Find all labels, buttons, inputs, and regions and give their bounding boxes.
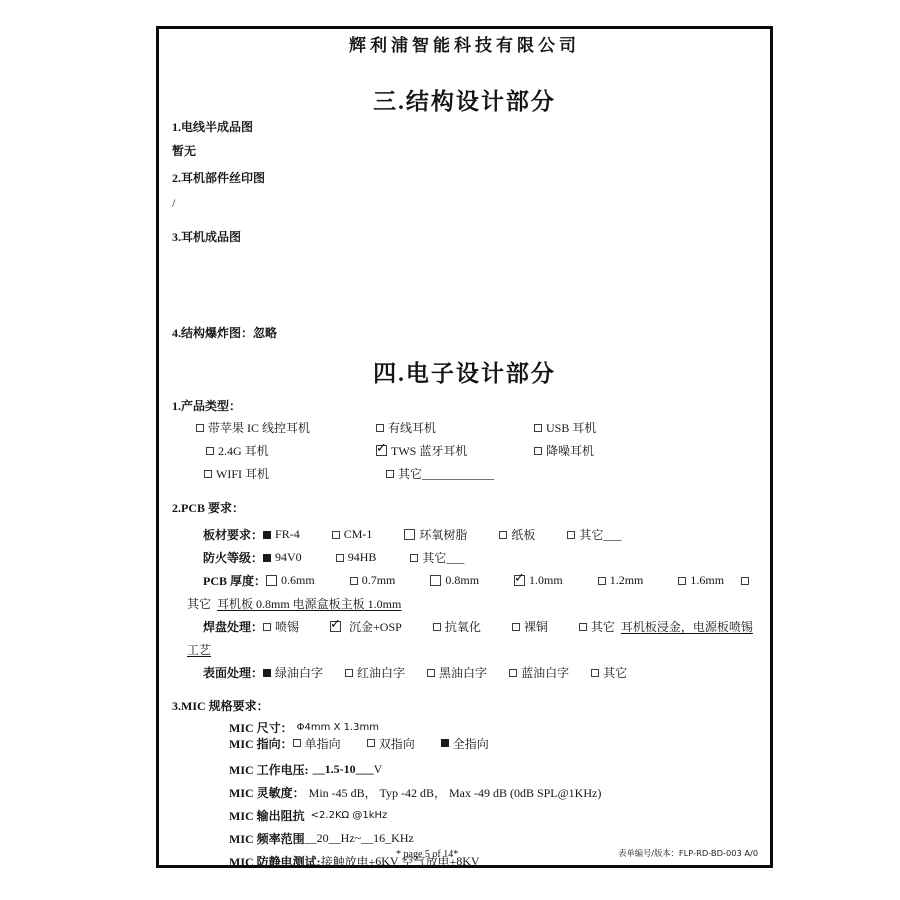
checkbox-label: 94V0 xyxy=(275,550,302,565)
pcb-pad-option: 沉金+OSP xyxy=(330,618,402,635)
checkbox-label: 蓝油白字 xyxy=(521,664,569,681)
checkbox-icon xyxy=(410,554,418,562)
pcb-thickness-option: 1.0mm xyxy=(514,573,563,588)
pcb-thickness-option: 1.6mm xyxy=(678,573,724,588)
pcb-surface-option: 其它 xyxy=(591,664,627,681)
checkbox-icon xyxy=(598,577,606,585)
mic-voltage-line: MIC 工作电压: __1.5-10___ V xyxy=(229,758,757,781)
pcb-board-option: FR-4 xyxy=(263,527,300,542)
checkbox-label: USB 耳机 xyxy=(546,419,596,436)
checkbox-label: 红油白字 xyxy=(357,664,405,681)
mic-direction-option: 双指向 xyxy=(367,735,415,752)
checkbox-icon xyxy=(263,554,271,562)
checkbox-icon xyxy=(376,445,387,456)
mic-size-value: Φ4mm X 1.3mm xyxy=(297,722,379,733)
checkbox-icon xyxy=(263,623,271,631)
mic-sensitivity-line: MIC 灵敏度： Min -45 dB， Typ -42 dB， Max -49… xyxy=(229,781,757,804)
product-type-row: 带苹果 IC 线控耳机 有线耳机 USB 耳机 xyxy=(196,416,757,439)
pcb-surface-option: 绿油白字 xyxy=(263,664,323,681)
mic-esd-air-value: 8KV xyxy=(456,854,479,868)
mic-label: 3.MIC 规格要求： xyxy=(172,698,757,714)
checkbox-icon xyxy=(433,623,441,631)
pcb-thickness-line: PCB 厚度： 0.6mm 0.7mm 0.8mm 1.0mm 1.2mm 1.… xyxy=(203,569,757,592)
pcb-thickness-option: 0.7mm xyxy=(350,573,396,588)
checkbox-icon xyxy=(263,669,271,677)
mic-size-line: MIC 尺寸： Φ4mm X 1.3mm xyxy=(229,719,757,735)
pcb-board-option: 环氧树脂 xyxy=(404,526,467,543)
checkbox-label: 其它___ xyxy=(579,526,621,543)
checkbox-icon xyxy=(386,470,394,478)
form-number: 表单编号/版本：FLP-RD-BD-003 A/0 xyxy=(618,847,758,859)
checkbox-icon xyxy=(350,577,358,585)
checkbox-label: 纸板 xyxy=(511,526,535,543)
pcb-pad-option: 喷锡 xyxy=(263,618,299,635)
pcb-board-option: 其它___ xyxy=(567,526,621,543)
checkbox-icon xyxy=(534,447,542,455)
checkbox-label: 1.0mm xyxy=(529,573,563,588)
pcb-thickness-option: 0.6mm xyxy=(266,573,315,588)
product-option: 有线耳机 xyxy=(376,419,534,436)
checkbox-label: 1.2mm xyxy=(610,573,644,588)
checkbox-icon xyxy=(330,621,341,632)
mic-direction-option: 全指向 xyxy=(441,735,489,752)
section3-heading: 三.结构设计部分 xyxy=(172,87,757,117)
checkbox-label: 单指向 xyxy=(305,735,341,752)
checkbox-icon xyxy=(441,739,449,747)
product-type-row: WIFI 耳机 其它____________ xyxy=(196,462,757,485)
pcb-fire-label: 防火等级： xyxy=(203,549,263,566)
section3-item4-label: 4.结构爆炸图：忽略 xyxy=(172,325,757,341)
checkbox-label: 带苹果 IC 线控耳机 xyxy=(208,419,310,436)
checkbox-label: 2.4G 耳机 xyxy=(218,442,269,459)
mic-voltage-label: MIC 工作电压: xyxy=(229,761,309,778)
mic-size-label: MIC 尺寸： xyxy=(229,719,293,736)
mic-voltage-unit: V xyxy=(374,762,383,777)
checkbox-icon xyxy=(678,577,686,585)
product-option: USB 耳机 xyxy=(534,419,757,436)
checkbox-icon xyxy=(427,669,435,677)
pcb-surface-line: 表面处理： 绿油白字 红油白字 黑油白字 蓝油白字 其它 xyxy=(203,661,757,684)
pcb-thickness-label: PCB 厚度： xyxy=(203,572,266,589)
pcb-label: 2.PCB 要求： xyxy=(172,500,757,516)
checkbox-icon xyxy=(512,623,520,631)
checkbox-icon xyxy=(514,575,525,586)
checkbox-icon xyxy=(266,575,277,586)
checkbox-label: 降噪耳机 xyxy=(546,442,594,459)
mic-esd-prefix: 接触放电± xyxy=(321,853,376,868)
pcb-surface-option: 蓝油白字 xyxy=(509,664,569,681)
checkbox-label: 0.7mm xyxy=(362,573,396,588)
pcb-thickness-option: 1.2mm xyxy=(598,573,644,588)
checkbox-label: 抗氧化 xyxy=(445,618,481,635)
pcb-fire-option: 其它___ xyxy=(410,549,464,566)
pcb-pad-other-value: 耳机板浸金，电源板喷锡 xyxy=(621,618,753,635)
product-option: 带苹果 IC 线控耳机 xyxy=(196,419,376,436)
checkbox-icon xyxy=(591,669,599,677)
checkbox-label: 0.8mm xyxy=(445,573,479,588)
pcb-pad-option: 其它 xyxy=(579,618,615,635)
checkbox-icon xyxy=(204,470,212,478)
pcb-board-line: 板材要求： FR-4 CM-1 环氧树脂 纸板 其它___ xyxy=(203,523,757,546)
checkbox-label: 全指向 xyxy=(453,735,489,752)
pcb-surface-option: 黑油白字 xyxy=(427,664,487,681)
mic-sensitivity-value: Min -45 dB， Typ -42 dB， Max -49 dB (0dB … xyxy=(309,784,602,801)
mic-voltage-value: __1.5-10___ xyxy=(313,762,374,777)
section3-item1-label: 1.电线半成品图 xyxy=(172,119,757,135)
pcb-thickness-option xyxy=(741,577,753,585)
checkbox-icon xyxy=(534,424,542,432)
product-type-label: 1.产品类型： xyxy=(172,398,757,414)
checkbox-label: 其它____________ xyxy=(398,465,494,482)
company-title: 辉利浦智能科技有限公司 xyxy=(172,35,757,57)
checkbox-icon xyxy=(567,531,575,539)
pcb-pad-label: 焊盘处理： xyxy=(203,618,263,635)
product-option: TWS 蓝牙耳机 xyxy=(376,442,534,459)
pcb-fire-option: 94V0 xyxy=(263,550,302,565)
section3-item2-value: / xyxy=(172,195,757,211)
pcb-fire-option: 94HB xyxy=(336,550,377,565)
checkbox-icon xyxy=(741,577,749,585)
pcb-board-option: CM-1 xyxy=(332,527,373,542)
mic-impedance-label: MIC 输出阻抗 xyxy=(229,807,305,824)
other-prefix: 其它 xyxy=(187,595,211,612)
mic-frequency-value: __20__Hz~__16_KHz xyxy=(305,831,414,846)
product-option: WIFI 耳机 xyxy=(196,465,376,482)
checkbox-icon xyxy=(345,669,353,677)
section3-item1-value: 暂无 xyxy=(172,143,757,159)
section4-heading: 四.电子设计部分 xyxy=(172,359,757,389)
checkbox-label: 1.6mm xyxy=(690,573,724,588)
section3-item2-label: 2.耳机部件丝印图 xyxy=(172,170,757,186)
mic-frequency-label: MIC 频率范围 xyxy=(229,830,305,847)
pcb-pad-line: 焊盘处理： 喷锡 沉金+OSP 抗氧化 裸铜 其它 耳机板浸金，电源板喷锡 xyxy=(203,615,757,638)
checkbox-icon xyxy=(206,447,214,455)
pcb-pad-option: 抗氧化 xyxy=(433,618,481,635)
pcb-fire-line: 防火等级： 94V0 94HB 其它___ xyxy=(203,546,757,569)
checkbox-label: 有线耳机 xyxy=(388,419,436,436)
checkbox-label: 双指向 xyxy=(379,735,415,752)
checkbox-label: 94HB xyxy=(348,550,377,565)
checkbox-icon xyxy=(509,669,517,677)
checkbox-label: 黑油白字 xyxy=(439,664,487,681)
mic-impedance-value: <2.2KΩ @1kHz xyxy=(311,810,388,821)
checkbox-label: 其它 xyxy=(591,618,615,635)
pcb-thickness-option: 0.8mm xyxy=(430,573,479,588)
checkbox-icon xyxy=(336,554,344,562)
checkbox-label: FR-4 xyxy=(275,527,300,542)
checkbox-icon xyxy=(367,739,375,747)
checkbox-label: 沉金+OSP xyxy=(349,618,402,635)
pcb-pad-option: 裸铜 xyxy=(512,618,548,635)
checkbox-label: 环氧树脂 xyxy=(419,526,467,543)
pcb-pad-other-wrap: 工艺 xyxy=(187,641,211,658)
pcb-thickness-other-line: 其它 耳机板 0.8mm 电源盒板主板 1.0mm xyxy=(187,592,757,615)
pcb-thickness-other-value: 耳机板 0.8mm 电源盒板主板 1.0mm xyxy=(217,595,401,612)
pcb-board-option: 纸板 xyxy=(499,526,535,543)
checkbox-label: 喷锡 xyxy=(275,618,299,635)
product-option: 2.4G 耳机 xyxy=(196,442,376,459)
mic-direction-label: MIC 指向： xyxy=(229,735,293,752)
checkbox-icon xyxy=(404,529,415,540)
checkbox-label: WIFI 耳机 xyxy=(216,465,269,482)
product-option: 降噪耳机 xyxy=(534,442,757,459)
form-sheet: 辉利浦智能科技有限公司 三.结构设计部分 1.电线半成品图 暂无 2.耳机部件丝… xyxy=(156,26,773,868)
page-number: * page 5 of 14* xyxy=(396,849,458,860)
checkbox-label: 其它 xyxy=(603,664,627,681)
checkbox-icon xyxy=(376,424,384,432)
checkbox-label: 其它___ xyxy=(422,549,464,566)
product-option: 其它____________ xyxy=(376,465,534,482)
mic-direction-line: MIC 指向： 单指向 双指向 全指向 xyxy=(229,735,757,751)
checkbox-icon xyxy=(332,531,340,539)
pcb-pad-wrap-line: 工艺 xyxy=(187,638,757,661)
pcb-board-label: 板材要求： xyxy=(203,526,263,543)
pcb-surface-label: 表面处理： xyxy=(203,664,263,681)
checkbox-label: CM-1 xyxy=(344,527,373,542)
checkbox-label: 绿油白字 xyxy=(275,664,323,681)
product-type-row: 2.4G 耳机 TWS 蓝牙耳机 降噪耳机 xyxy=(196,439,757,462)
checkbox-icon xyxy=(430,575,441,586)
checkbox-label: TWS 蓝牙耳机 xyxy=(391,442,467,459)
mic-impedance-line: MIC 输出阻抗 <2.2KΩ @1kHz xyxy=(229,804,757,827)
mic-direction-option: 单指向 xyxy=(293,735,341,752)
checkbox-label: 0.6mm xyxy=(281,573,315,588)
checkbox-icon xyxy=(293,739,301,747)
checkbox-label: 裸铜 xyxy=(524,618,548,635)
checkbox-icon xyxy=(499,531,507,539)
mic-esd-label: MIC 防静电测试: xyxy=(229,853,321,868)
checkbox-icon xyxy=(196,424,204,432)
checkbox-icon xyxy=(579,623,587,631)
pcb-surface-option: 红油白字 xyxy=(345,664,405,681)
checkbox-icon xyxy=(263,531,271,539)
mic-sensitivity-label: MIC 灵敏度： xyxy=(229,784,305,801)
section3-item3-label: 3.耳机成品图 xyxy=(172,229,757,245)
